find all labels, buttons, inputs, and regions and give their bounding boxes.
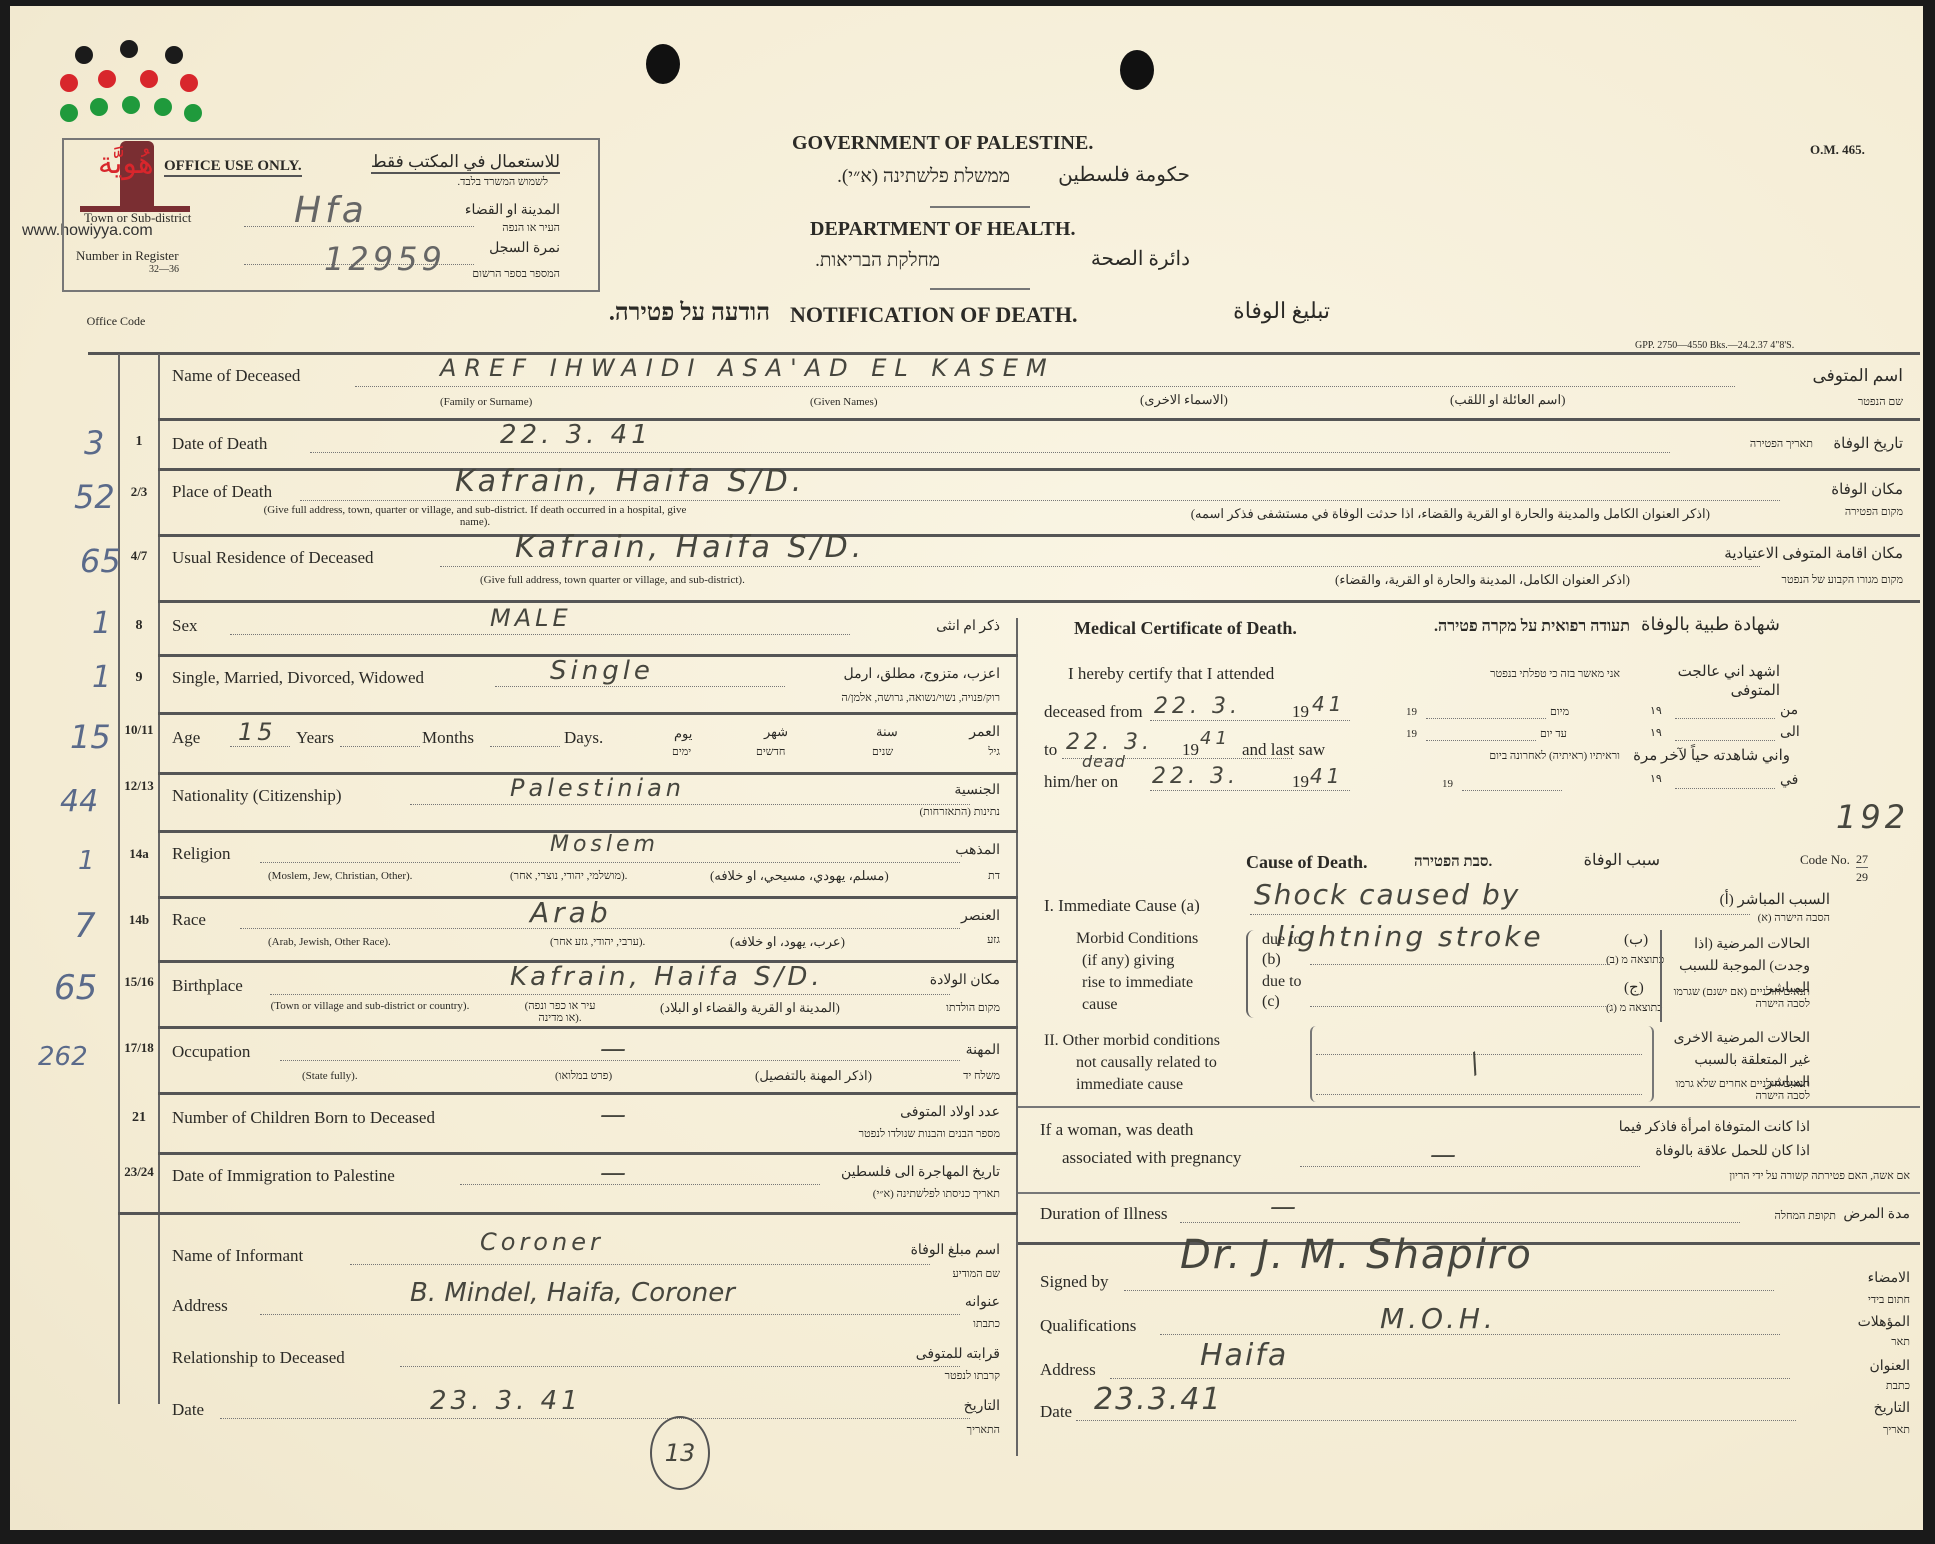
row13-label-he: תאריך כניסתו לפלשתינה (א״י) bbox=[790, 1188, 1000, 1200]
row8-label-ar: المذهب bbox=[930, 842, 1000, 859]
row7-label-ar: الجنسية bbox=[910, 782, 1000, 799]
row8-sub-he: (מושלמי, יהודי, נוצרי, אחר). bbox=[510, 870, 627, 882]
row9-value: Arab bbox=[530, 896, 612, 929]
pregnancy-label-1: If a woman, was death bbox=[1040, 1120, 1193, 1140]
row8-label: Religion bbox=[172, 844, 231, 864]
row3-label-he: מקום מגורו הקבוע של הנפטר bbox=[1782, 574, 1903, 586]
informant-relationship-he: קרבתו לנפטר bbox=[880, 1370, 1000, 1382]
row10-label-he: מקום הולדתו bbox=[900, 1002, 1000, 1014]
informant-address-he: כתבתו bbox=[880, 1318, 1000, 1330]
row5-value: Single bbox=[550, 656, 654, 686]
medical-certify: I hereby certify that I attended bbox=[1068, 664, 1274, 684]
medical-to-prefix: 19 bbox=[1182, 740, 1199, 760]
medical-on-value: 22. 3. bbox=[1152, 764, 1239, 789]
brace-right bbox=[1660, 930, 1670, 1022]
row13-value: — bbox=[600, 1158, 630, 1188]
morbid-label-4: cause bbox=[1082, 996, 1118, 1014]
informant-relationship-ar: قرابته للمتوفى bbox=[880, 1346, 1000, 1363]
informant-name-label: Name of Informant bbox=[172, 1246, 303, 1266]
register-label-he: המספר בספר הרשום bbox=[472, 268, 560, 280]
cause-title-he: סבת הפטירה. bbox=[1414, 854, 1492, 871]
row11-label-ar: المهنة bbox=[930, 1042, 1000, 1059]
immediate-cause-value: Shock caused by bbox=[1254, 878, 1520, 911]
row3-label: Usual Residence of Deceased bbox=[172, 548, 374, 568]
row8-sub: (Moslem, Jew, Christian, Other). bbox=[268, 870, 412, 882]
row13-label-ar: تاريخ المهاجرة الى فلسطين bbox=[810, 1164, 1000, 1181]
row12-num: 21 bbox=[120, 1110, 158, 1126]
row11-num: 17/18 bbox=[120, 1040, 158, 1056]
row8-num: 14a bbox=[120, 846, 158, 862]
row6-he-day: ימים bbox=[672, 746, 691, 758]
form-title-ar: تبليغ الوفاة bbox=[1180, 298, 1330, 324]
row9-label-he: גזע bbox=[930, 934, 1000, 946]
informant-relationship-label: Relationship to Deceased bbox=[172, 1348, 345, 1368]
cause-code-top: 27 bbox=[1856, 852, 1868, 868]
row2-label: Place of Death bbox=[172, 482, 272, 502]
row4-value: MALE bbox=[490, 604, 572, 632]
medical-to-label: to bbox=[1044, 740, 1057, 760]
medical-handwritten-code: 192 bbox=[1836, 798, 1909, 836]
medical-from-value: 22. 3. bbox=[1154, 694, 1241, 719]
medical-title-he: תעודה רפואית על מקרה פטירה. bbox=[1380, 618, 1630, 636]
he-c: כתוצאה מ (ג) bbox=[1606, 1002, 1663, 1014]
row9-num: 14b bbox=[120, 912, 158, 928]
signature-address-he: כתבת bbox=[1820, 1380, 1910, 1392]
row8-sub-ar: (مسلم، يهودي، مسيحي، او خلافه) bbox=[710, 868, 889, 884]
informant-date-label: Date bbox=[172, 1400, 204, 1420]
government-title: GOVERNMENT OF PALESTINE. bbox=[792, 132, 1093, 155]
medical-he-from: מיום bbox=[1550, 706, 1569, 718]
circled-page-number: 13 bbox=[650, 1416, 710, 1490]
row6-months: Months bbox=[422, 728, 474, 748]
row10-value: Kafrain, Haifa S/D. bbox=[510, 962, 824, 992]
row11-label-he: משלח יד bbox=[930, 1070, 1000, 1082]
register-value: 12959 bbox=[324, 240, 446, 278]
row10-label: Birthplace bbox=[172, 976, 243, 996]
medical-certify-he: אני מאשר בזה כי טפלתי בנפטר bbox=[1400, 668, 1620, 680]
town-label-he: העיר או הנפה bbox=[502, 222, 560, 234]
row5-num: 9 bbox=[120, 670, 158, 686]
medical-he-to-year: 19 bbox=[1406, 728, 1417, 740]
row2-num: 2/3 bbox=[120, 484, 158, 500]
row9-sub-he: (ערבי, יהודי, גזע אחר). bbox=[550, 936, 645, 948]
row7-label: Nationality (Citizenship) bbox=[172, 786, 342, 806]
row12-label: Number of Children Born to Deceased bbox=[172, 1108, 435, 1128]
ar-b: (ب) bbox=[1624, 930, 1648, 949]
medical-from-prefix: 19 bbox=[1292, 702, 1309, 722]
row10-sub: (Town or village and sub-district or cou… bbox=[260, 1000, 480, 1012]
row10-num: 15/16 bbox=[120, 974, 158, 990]
informant-address-ar: عنوانه bbox=[880, 1294, 1000, 1311]
row13-num: 23/24 bbox=[120, 1164, 158, 1180]
row4-num: 8 bbox=[120, 618, 158, 634]
government-title-ar: حكومة فلسطين bbox=[1030, 162, 1190, 187]
medical-he-saw: וראיתיו (ראיתיה) לאחרונה ביום bbox=[1390, 750, 1620, 762]
row11-value: — bbox=[600, 1034, 630, 1064]
immediate-cause-he: הסבה הישרה (א) bbox=[1710, 912, 1830, 924]
qualifications-he: תאר bbox=[1820, 1336, 1910, 1348]
due-c: due to (c) bbox=[1262, 972, 1306, 1012]
row2-value: Kafrain, Haifa S/D. bbox=[455, 464, 805, 499]
brace-left bbox=[1246, 930, 1256, 1018]
row9-sub-ar: (عرب، يهود، او خلافه) bbox=[730, 934, 845, 950]
signed-value: Dr. J. M. Shapiro bbox=[1180, 1232, 1533, 1278]
medical-he-on-year: 19 bbox=[1442, 778, 1453, 790]
medical-ar-to-year: ١٩ bbox=[1650, 726, 1662, 739]
row6-label-he: גיל bbox=[950, 746, 1000, 758]
cause-title-ar: سبب الوفاة bbox=[1550, 850, 1660, 870]
signature-date-label: Date bbox=[1040, 1402, 1072, 1422]
medical-he-from-year: 19 bbox=[1406, 706, 1417, 718]
he-b: כתוצאה מ (ב) bbox=[1606, 954, 1664, 966]
department-title: DEPARTMENT OF HEALTH. bbox=[810, 218, 1075, 241]
medical-title-ar: شهادة طبية بالوفاة bbox=[1640, 614, 1780, 635]
medical-title: Medical Certificate of Death. bbox=[1074, 618, 1297, 639]
row3-sub: (Give full address, town quarter or vill… bbox=[480, 574, 745, 586]
pregnancy-value: — bbox=[1430, 1140, 1460, 1170]
medical-certify-ar: اشهد اني عالجت المتوفى bbox=[1630, 662, 1780, 700]
medical-to-year: 41 bbox=[1200, 728, 1231, 749]
row4-label: Sex bbox=[172, 616, 198, 636]
row12-value: — bbox=[600, 1100, 630, 1130]
illness-label: Duration of Illness bbox=[1040, 1204, 1167, 1224]
ar-c: (ج) bbox=[1624, 978, 1644, 997]
pregnancy-label-2: associated with pregnancy bbox=[1062, 1148, 1241, 1168]
row5-label-ar: اعزب، متزوج، مطلق، ارمل bbox=[770, 666, 1000, 683]
other-label-3: immediate cause bbox=[1076, 1076, 1183, 1094]
print-reference: GPP. 2750—4550 Bks.—24.2.37 4"8'S. bbox=[1635, 340, 1794, 351]
medical-on-prefix: 19 bbox=[1292, 772, 1309, 792]
town-value: Hfa bbox=[294, 190, 368, 231]
row10-code: 65 bbox=[54, 968, 97, 1008]
medical-from-year: 41 bbox=[1312, 692, 1345, 716]
qualifications-value: M.O.H. bbox=[1380, 1302, 1497, 1335]
signature-address-value: Haifa bbox=[1200, 1338, 1288, 1373]
signature-date-he: תאריך bbox=[1820, 1424, 1910, 1436]
row9-sub: (Arab, Jewish, Other Race). bbox=[268, 936, 391, 948]
qualifications-label: Qualifications bbox=[1040, 1316, 1136, 1336]
medical-ar-on-year: ١٩ bbox=[1650, 772, 1662, 785]
row5-label-he: רוק/פנויה, נשוי/נשואה, גרושה, אלמן/ה bbox=[770, 692, 1000, 704]
informant-date-ar: التاريخ bbox=[880, 1398, 1000, 1415]
row8-code: 1 bbox=[78, 846, 95, 876]
qualifications-ar: المؤهلات bbox=[1820, 1314, 1910, 1331]
row9-label-ar: العنصر bbox=[930, 908, 1000, 925]
immediate-cause-label: I. Immediate Cause (a) bbox=[1044, 896, 1200, 916]
row4-label-ar: ذكر ام انثى bbox=[880, 618, 1000, 635]
informant-address-label: Address bbox=[172, 1296, 228, 1316]
row4-code: 1 bbox=[92, 606, 111, 641]
row10-sub-ar: (المدينة او القرية والقضاء او البلاد) bbox=[660, 1000, 840, 1016]
row-name-label: Name of Deceased bbox=[172, 366, 300, 386]
signed-ar: الامضاء bbox=[1820, 1270, 1910, 1287]
office-use-box: OFFICE USE ONLY. للاستعمال في المكتب فقط… bbox=[62, 138, 600, 292]
illness-ar: مدة المرض bbox=[1840, 1206, 1910, 1223]
row-name-label-he: שם הנפטר bbox=[1858, 396, 1903, 408]
row11-sub-he: (פרט במלואו) bbox=[555, 1070, 612, 1082]
row6-value: 15 bbox=[238, 718, 277, 746]
row7-label-he: נתינות (התאזרחות) bbox=[870, 806, 1000, 818]
medical-he-to: עד יום bbox=[1540, 728, 1567, 740]
cause-code-bottom: 29 bbox=[1856, 870, 1868, 885]
medical-ar-saw: واني شاهدته حياً لآخر مرة bbox=[1620, 746, 1790, 765]
informant-date-he: התאריך bbox=[880, 1424, 1000, 1436]
row13-label: Date of Immigration to Palestine bbox=[172, 1166, 395, 1186]
row-name-sub-surname: (Family or Surname) bbox=[440, 396, 532, 408]
informant-name-he: שם המודיע bbox=[880, 1268, 1000, 1280]
row6-code: 15 bbox=[70, 718, 111, 756]
office-use-title-he: לשמוש המשרד בלבד. bbox=[457, 176, 548, 188]
other-he: תנאים חולניים אחרים שלא גרמו לסבה הישרה bbox=[1670, 1078, 1810, 1102]
form-title-he: הודעה על פטירה. bbox=[480, 300, 770, 327]
row10-label-ar: مكان الولادة bbox=[900, 972, 1000, 989]
row1-label-he: תאריך הפטירה bbox=[1750, 438, 1813, 450]
row-name-sub-ar: (اسم العائلة او اللقب) bbox=[1450, 392, 1565, 408]
department-title-ar: دائرة الصحة bbox=[1040, 246, 1190, 271]
row3-sub-ar: (اذكر العنوان الكامل، المدينة والحارة او… bbox=[1210, 572, 1630, 588]
informant-date-value: 23. 3. 41 bbox=[430, 1386, 582, 1416]
government-title-he: ממשלת פלשתינה (א״י). bbox=[750, 166, 1010, 188]
row6-num: 10/11 bbox=[120, 722, 158, 738]
immediate-cause-value2: lightning stroke bbox=[1276, 920, 1544, 953]
punch-hole-right bbox=[1120, 50, 1154, 90]
morbid-label-1: Morbid Conditions bbox=[1076, 930, 1198, 948]
row-name-sub-ar2: (الاسماء الاخرى) bbox=[1140, 392, 1228, 408]
row-name-sub-given: (Given Names) bbox=[810, 396, 878, 408]
morbid-he: תנאים חולניים (אם ישנם) שגרמו לסבה הישרה bbox=[1670, 986, 1810, 1010]
row11-sub-ar: (اذكر المهنة بالتفصيل) bbox=[755, 1068, 872, 1084]
row3-code: 65 bbox=[80, 542, 121, 580]
medical-ar-from: من bbox=[1780, 702, 1798, 719]
medical-ar-from-year: ١٩ bbox=[1650, 704, 1662, 717]
town-label: Town or Sub-district bbox=[84, 210, 191, 226]
pregnancy-he: אם אשה, האם פטירתה קשורה על ידי הריון bbox=[1590, 1170, 1910, 1182]
row12-label-he: מספר הבנים והבנות שנולדו לנפטר bbox=[770, 1128, 1000, 1140]
row3-label-ar: مكان اقامة المتوفى الاعتيادية bbox=[1724, 544, 1903, 563]
signature-address-ar: العنوان bbox=[1820, 1358, 1910, 1375]
row6-he-year: שנים bbox=[872, 746, 893, 758]
row7-code: 44 bbox=[60, 784, 98, 819]
row6-label: Age bbox=[172, 728, 200, 748]
row11-label: Occupation bbox=[172, 1042, 250, 1062]
row9-code: 7 bbox=[74, 906, 96, 946]
row6-days: Days. bbox=[564, 728, 603, 748]
row9-label: Race bbox=[172, 910, 206, 930]
illness-value: — bbox=[1270, 1192, 1300, 1222]
office-use-title: OFFICE USE ONLY. bbox=[164, 158, 302, 177]
medical-on-year: 41 bbox=[1310, 764, 1343, 788]
row7-value: Palestinian bbox=[510, 774, 685, 802]
office-use-title-ar: للاستعمال في المكتب فقط bbox=[371, 152, 560, 174]
medical-last-saw: and last saw bbox=[1242, 740, 1325, 760]
due-b: due to (b) bbox=[1262, 930, 1306, 970]
row2-sub: (Give full address, town, quarter or vil… bbox=[255, 504, 695, 528]
illness-he: תקופת המחלה bbox=[1740, 1210, 1836, 1222]
register-label: Number in Register bbox=[76, 248, 179, 264]
informant-name-ar: اسم مبلغ الوفاة bbox=[880, 1242, 1000, 1259]
medical-from-label: deceased from bbox=[1044, 702, 1143, 722]
row3-value: Kafrain, Haifa S/D. bbox=[515, 530, 865, 565]
informant-name-value: Coroner bbox=[480, 1228, 604, 1256]
row11-sub: (State fully). bbox=[302, 1070, 358, 1082]
death-notification-form: هُويَّة www.howiyya.com OFFICE USE ONLY.… bbox=[10, 6, 1923, 1530]
other-label-1: II. Other morbid conditions bbox=[1044, 1032, 1220, 1050]
morbid-label-3: rise to immediate bbox=[1082, 974, 1193, 992]
signature-date-ar: التاريخ bbox=[1820, 1400, 1910, 1417]
medical-dead-note: dead bbox=[1082, 752, 1126, 771]
informant-address-value: B. Mindel, Haifa, Coroner bbox=[410, 1278, 735, 1308]
row-name-value: AREF IHWAIDI ASA'AD EL KASEM bbox=[440, 354, 1055, 382]
row11-code: 262 bbox=[38, 1042, 88, 1072]
row2-sub-ar: (اذكر العنوان الكامل والمدينة والحارة او… bbox=[1050, 506, 1710, 522]
row5-code: 1 bbox=[92, 660, 111, 695]
row1-num: 1 bbox=[120, 434, 158, 450]
cause-code-label: Code No. bbox=[1800, 852, 1850, 868]
town-label-ar: المدينة او القضاء bbox=[465, 202, 560, 219]
signed-label: Signed by bbox=[1040, 1272, 1108, 1292]
row6-ar-month: شهر bbox=[764, 724, 788, 740]
row1-code: 3 bbox=[84, 424, 104, 462]
register-sub: 32—36 bbox=[134, 264, 194, 275]
cause-title: Cause of Death. bbox=[1246, 852, 1368, 873]
row6-years: Years bbox=[296, 728, 334, 748]
pregnancy-ar: اذا كانت المتوفاة امرأة فاذكر فيما اذا ك… bbox=[1610, 1116, 1810, 1164]
row8-value: Moslem bbox=[550, 832, 659, 857]
other-label-2: not causally related to bbox=[1076, 1054, 1217, 1072]
row8-label-he: דת bbox=[930, 870, 1000, 882]
morbid-label-2: (if any) giving bbox=[1082, 952, 1174, 970]
department-title-he: מחלקת הבריאות. bbox=[750, 250, 940, 272]
office-code-label: Office Code bbox=[86, 314, 146, 328]
signed-he: חתום בידי bbox=[1820, 1294, 1910, 1306]
row3-num: 4/7 bbox=[120, 548, 158, 564]
signature-address-label: Address bbox=[1040, 1360, 1096, 1380]
register-label-ar: نمرة السجل bbox=[489, 240, 560, 257]
medical-ar-to: الى bbox=[1780, 724, 1800, 741]
row7-num: 12/13 bbox=[120, 778, 158, 794]
form-number: O.M. 465. bbox=[1810, 142, 1865, 158]
row10-sub-he: (עיר או כפר ונפה או מדינה). bbox=[520, 1000, 600, 1024]
immediate-cause-ar: السبب المباشر (أ) bbox=[1700, 890, 1830, 909]
punch-hole-left bbox=[646, 44, 680, 84]
row12-label-ar: عدد اولاد المتوفى bbox=[830, 1104, 1000, 1121]
medical-ar-on: في bbox=[1780, 772, 1798, 789]
row6-label-ar: العمر bbox=[950, 724, 1000, 741]
signature-date-value: 23.3.41 bbox=[1094, 1382, 1223, 1417]
row2-label-ar: مكان الوفاة bbox=[1831, 480, 1903, 499]
form-title: NOTIFICATION OF DEATH. bbox=[790, 302, 1077, 328]
row1-label-ar: تاريخ الوفاة bbox=[1833, 434, 1903, 453]
row5-label: Single, Married, Divorced, Widowed bbox=[172, 668, 424, 688]
row1-value: 22. 3. 41 bbox=[500, 420, 652, 450]
medical-him-her: him/her on bbox=[1044, 772, 1118, 792]
row2-label-he: מקום הפטירה bbox=[1845, 506, 1903, 518]
row6-he-month: חדשים bbox=[756, 746, 785, 758]
row-name-label-ar: اسم المتوفى bbox=[1813, 366, 1903, 386]
row2-code: 52 bbox=[74, 478, 115, 516]
row6-ar-day: يوم bbox=[674, 726, 692, 742]
row1-label: Date of Death bbox=[172, 434, 267, 454]
row6-ar-year: سنة bbox=[876, 724, 898, 740]
